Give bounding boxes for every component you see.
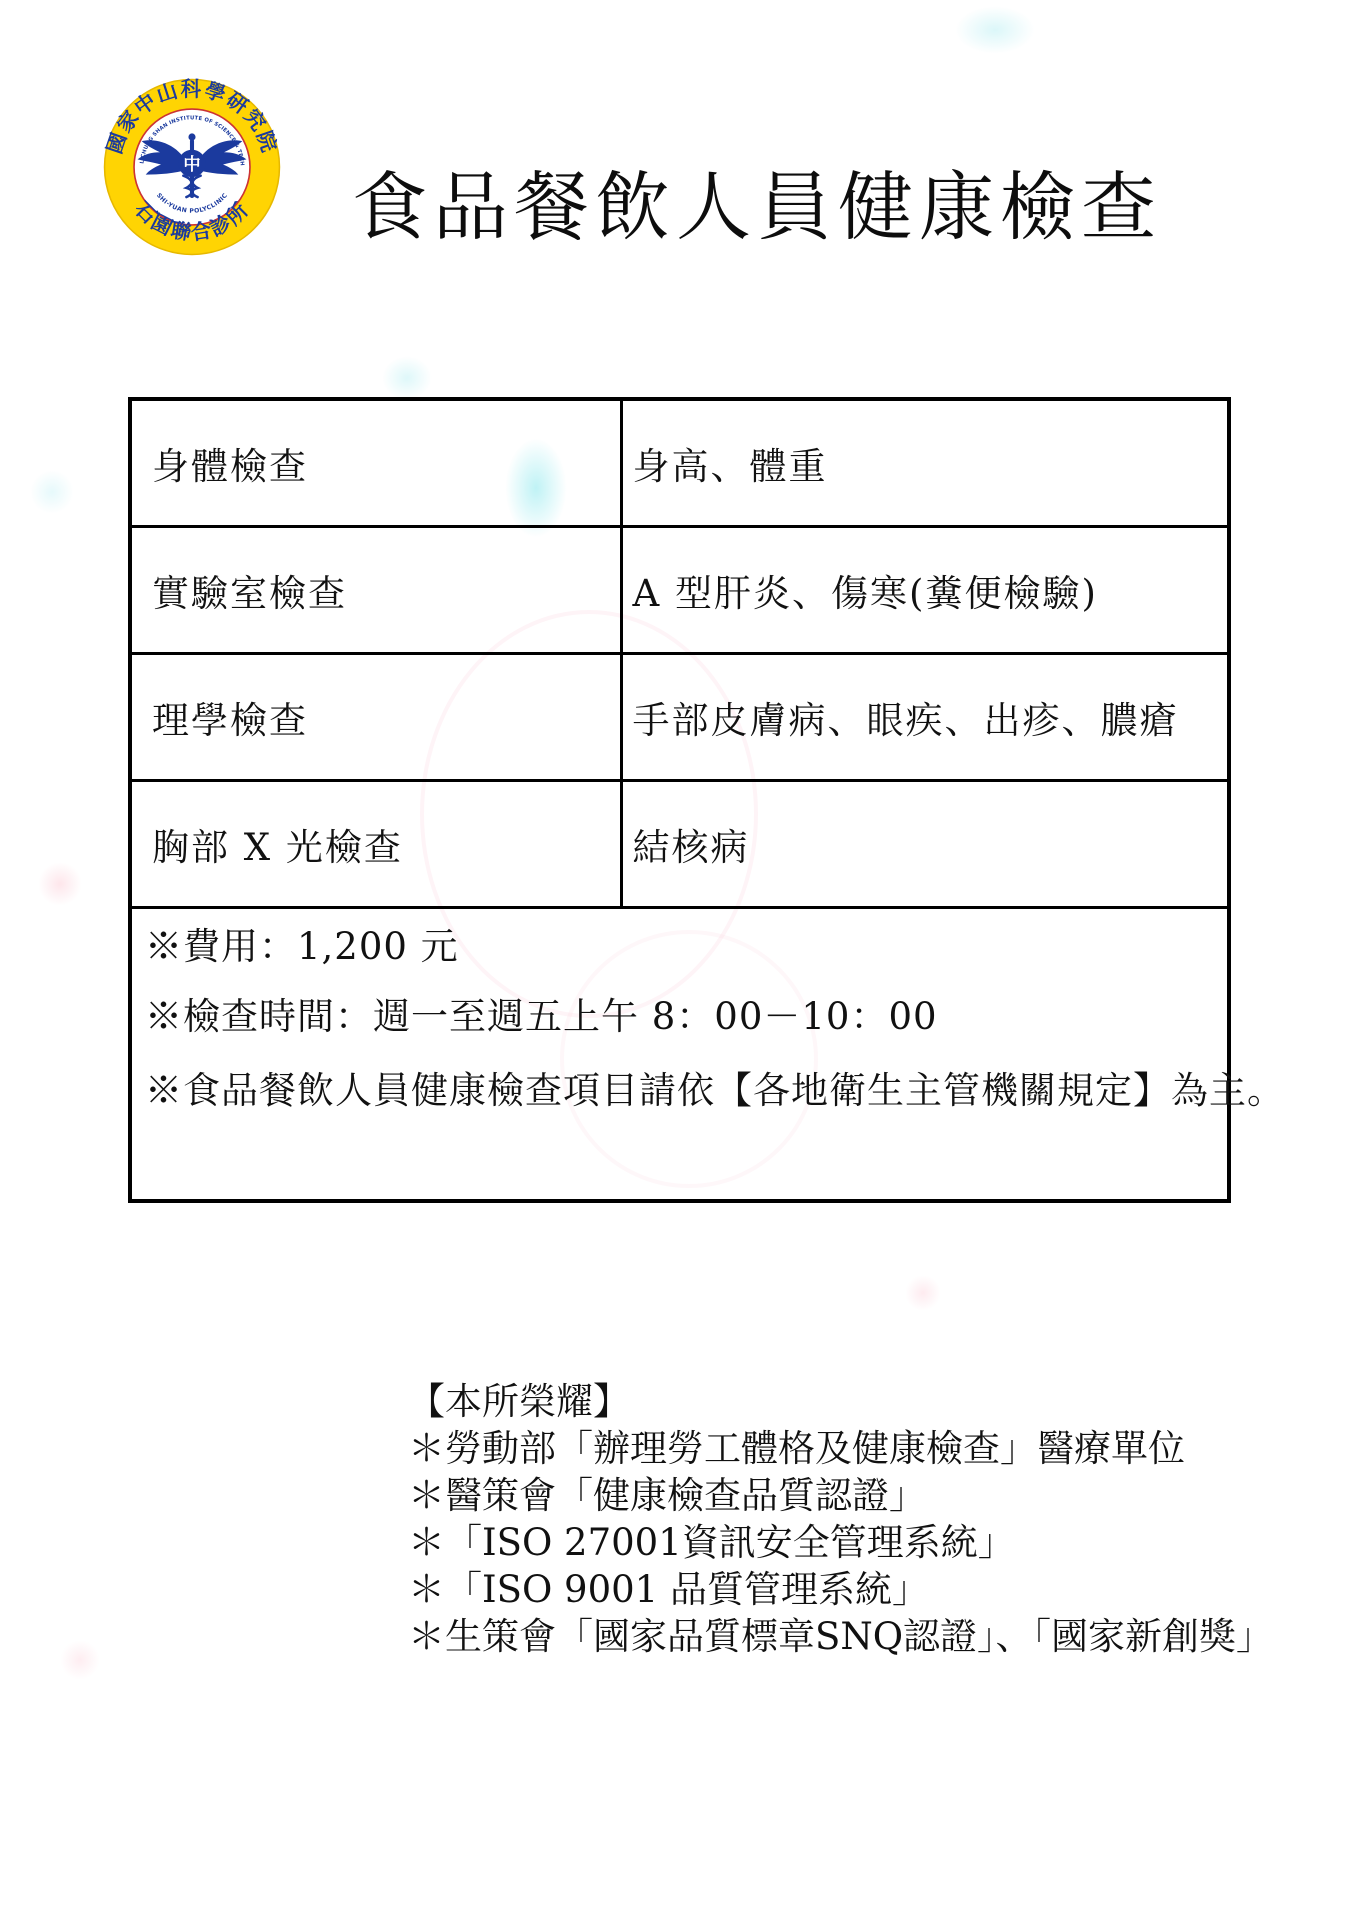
document-page: 國家中山科學研究院 石園聯合診所 NATIONAL CHUNG SHAN INS… [0, 0, 1357, 1918]
regulation-note: ※食品餐飲人員健康檢查項目請依【各地衛生主管機關規定】為主。 [145, 1069, 1227, 1113]
page-title: 食品餐飲人員健康檢查 [352, 148, 1162, 255]
honor-item: ＊醫策會「健康檢查品質認證」 [408, 1472, 1273, 1519]
detail-cell: 結核病 [623, 782, 1227, 906]
item-cell: 理學檢查 [132, 655, 623, 779]
scan-artifact [382, 356, 432, 400]
scan-artifact [955, 6, 1035, 54]
scan-artifact [30, 470, 74, 514]
table-row: 理學檢查 手部皮膚病、眼疾、出疹、膿瘡 [132, 655, 1227, 782]
scan-artifact [60, 1640, 100, 1680]
detail-cell: A 型肝炎、傷寒(糞便檢驗) [623, 528, 1227, 652]
detail-cell: 身高、體重 [623, 401, 1227, 525]
honor-item: ＊「ISO 27001資訊安全管理系統」 [408, 1519, 1273, 1566]
logo-center-char: 中 [183, 154, 200, 175]
schedule-note: ※檢查時間：週一至週五上午 8：00－10：00 [145, 995, 1227, 1039]
detail-cell: 手部皮膚病、眼疾、出疹、膿瘡 [623, 655, 1227, 779]
honor-item: ＊勞動部「辦理勞工體格及健康檢查」醫療單位 [408, 1425, 1273, 1472]
fee-note: ※費用：1,200 元 [145, 925, 1227, 969]
table-row: 胸部 X 光檢查 結核病 [132, 782, 1227, 909]
scan-artifact [38, 862, 82, 906]
honor-item: ＊生策會「國家品質標章SNQ認證」、「國家新創獎」 [408, 1613, 1273, 1660]
scan-artifact [905, 1275, 941, 1311]
table-row: 身體檢查 身高、體重 [132, 401, 1227, 528]
item-cell: 身體檢查 [132, 401, 623, 525]
clinic-logo: 國家中山科學研究院 石園聯合診所 NATIONAL CHUNG SHAN INS… [103, 78, 281, 256]
honor-item: ＊「ISO 9001 品質管理系統」 [408, 1566, 1273, 1613]
checkup-table: 身體檢查 身高、體重 實驗室檢查 A 型肝炎、傷寒(糞便檢驗) 理學檢查 手部皮… [128, 397, 1231, 1203]
item-cell: 實驗室檢查 [132, 528, 623, 652]
honors-heading: 【本所榮耀】 [408, 1378, 1273, 1425]
item-cell: 胸部 X 光檢查 [132, 782, 623, 906]
notes-section: ※費用：1,200 元 ※檢查時間：週一至週五上午 8：00－10：00 ※食品… [132, 909, 1227, 1199]
table-row: 實驗室檢查 A 型肝炎、傷寒(糞便檢驗) [132, 528, 1227, 655]
clinic-logo-emblem: 國家中山科學研究院 石園聯合診所 NATIONAL CHUNG SHAN INS… [103, 78, 281, 256]
honors-section: 【本所榮耀】 ＊勞動部「辦理勞工體格及健康檢查」醫療單位 ＊醫策會「健康檢查品質… [408, 1378, 1273, 1660]
